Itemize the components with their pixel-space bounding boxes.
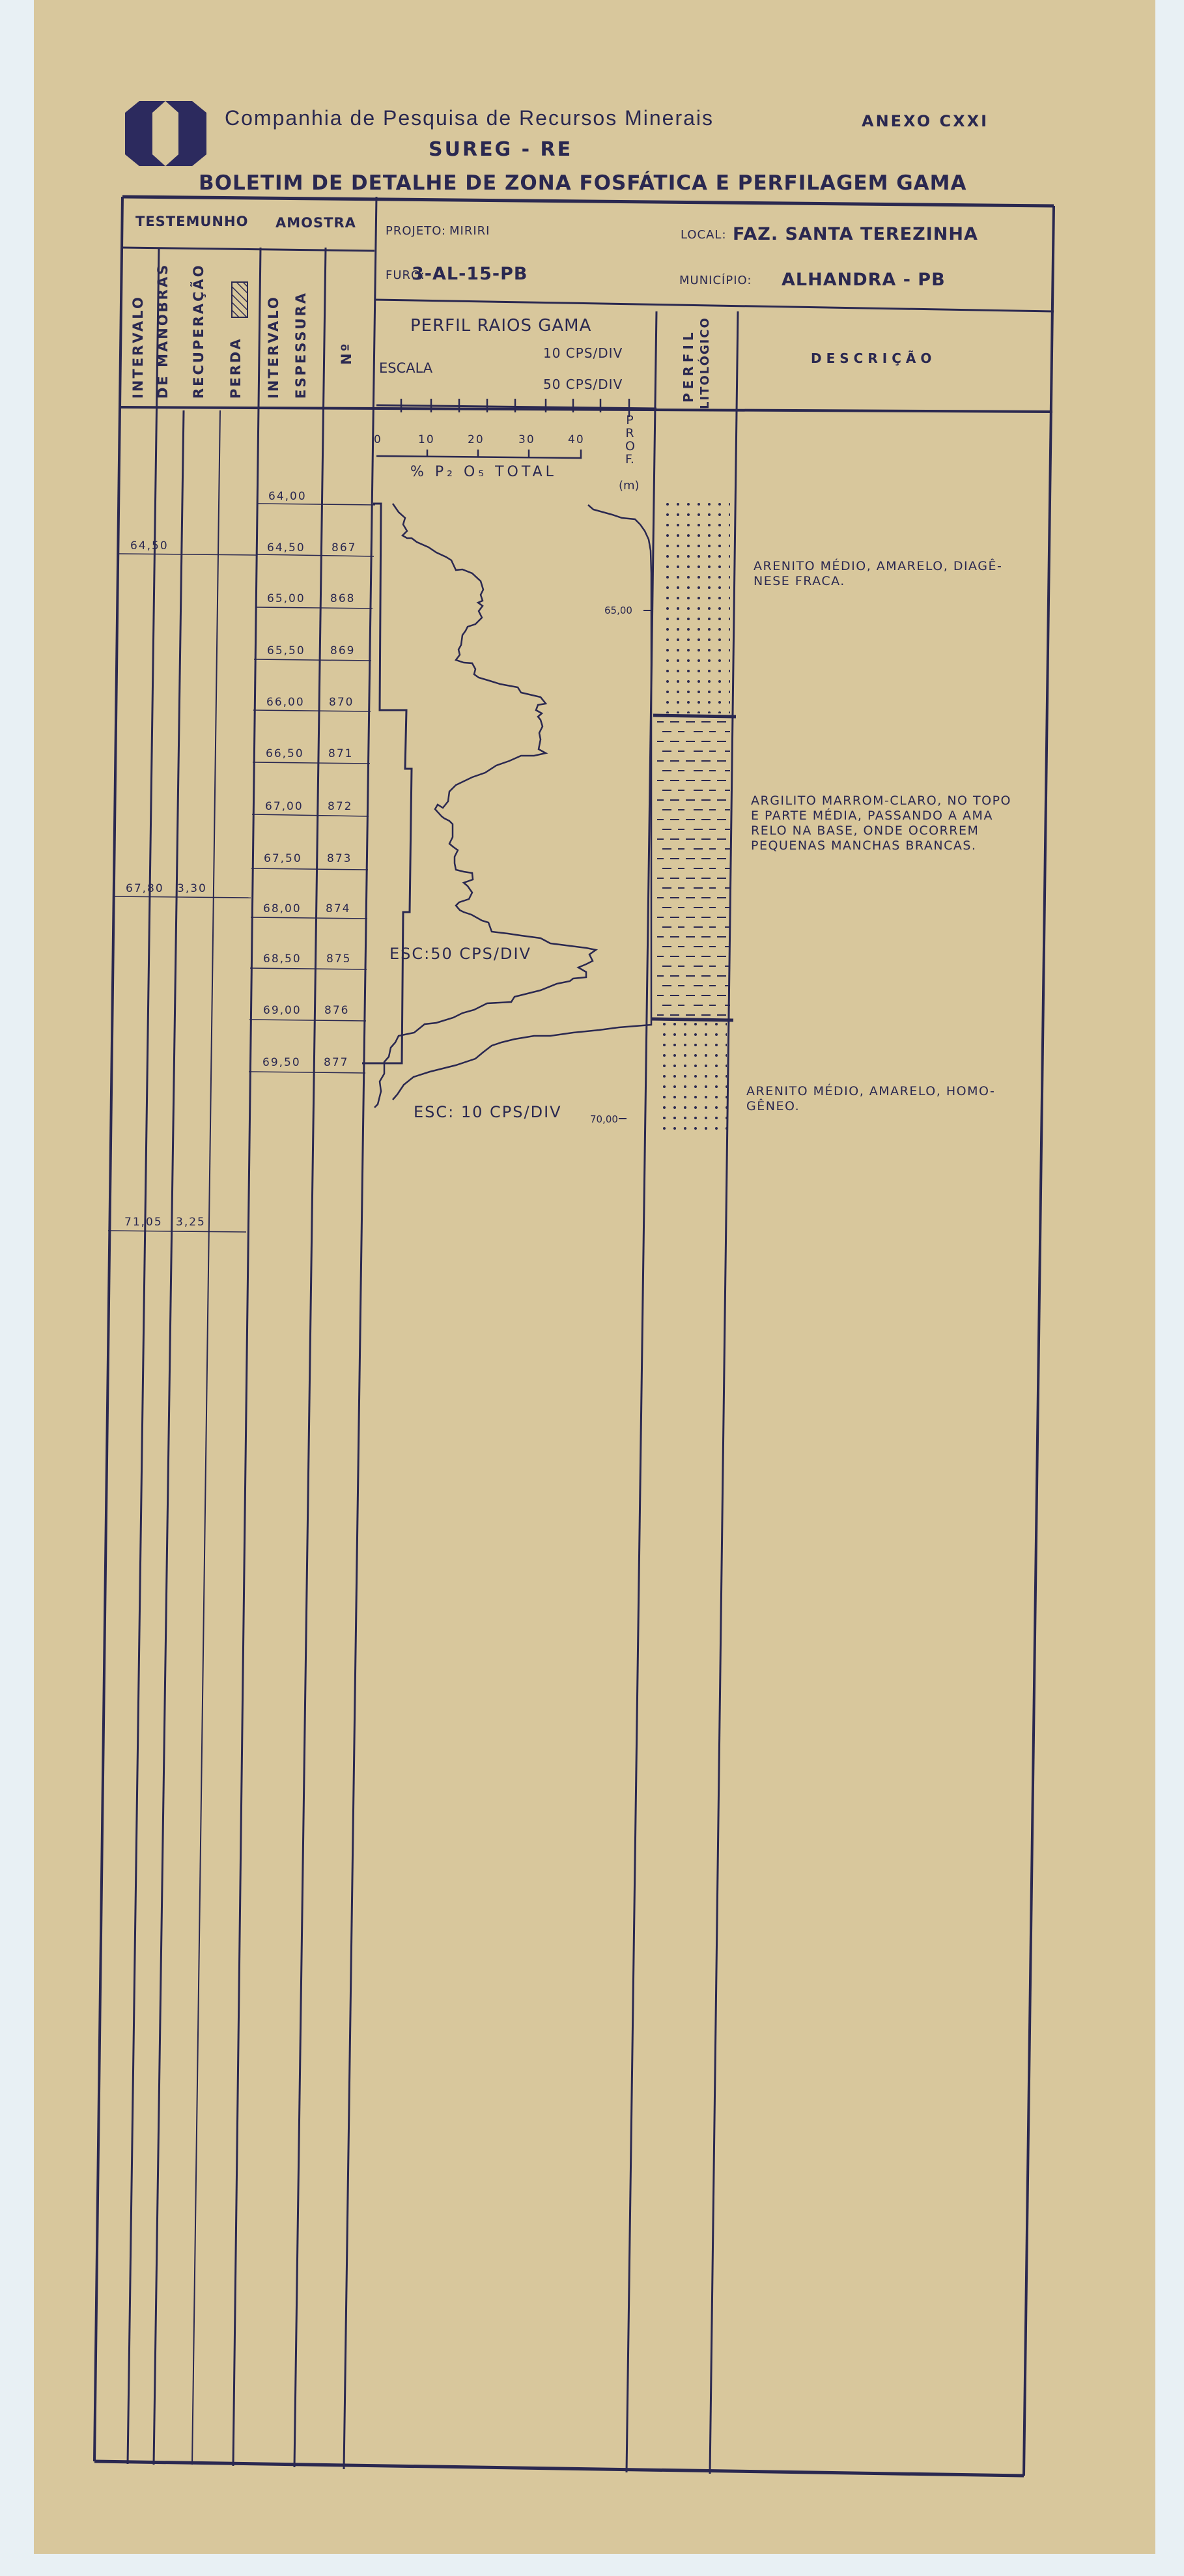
amostra-intervalo-11: 69,50 (262, 1056, 301, 1069)
prof-label: PROF. (625, 414, 634, 466)
amostra-intervalo-7: 67,50 (264, 852, 302, 865)
escala-50-label: 50 CPS/DIV (543, 377, 623, 392)
header-espessura: ESPESSURA (293, 291, 309, 399)
lithology-arenito-upper-pattern (655, 502, 735, 715)
header-intervalo-amostra: INTERVALO (266, 295, 281, 399)
header-testemunho: TESTEMUNHO (135, 214, 248, 229)
p2o5-step-curve (362, 504, 412, 1063)
testemunho-intervalo-1: 64,50 (130, 539, 169, 552)
header-intervalo-manobras-1: INTERVALO (130, 295, 146, 399)
amostra-intervalo-3: 65,50 (267, 644, 305, 657)
municipio-label: MUNICÍPIO: (679, 274, 752, 287)
amostra-numero-6: 872 (328, 800, 352, 813)
amostra-intervalo-10: 69,00 (263, 1004, 302, 1017)
annotation-esc-50: ESC:50 CPS/DIV (389, 945, 531, 963)
p2o5-tick-20: 20 (468, 433, 485, 446)
amostra-numero-10: 876 (324, 1004, 349, 1017)
amostra-numero-2: 868 (330, 592, 355, 605)
lithology-arenito-lower-pattern (651, 1022, 732, 1139)
header-recuperacao: RECUPERAÇÃO (191, 263, 206, 399)
gamma-curve-50cps (374, 504, 596, 1108)
testemunho-intervalo-3: 71,05 (124, 1216, 163, 1229)
lithology-description-2: ARGILITO MARROM-CLARO, NO TOPO E PARTE M… (751, 794, 1011, 853)
amostra-intervalo-1: 64,50 (267, 541, 305, 554)
amostra-numero-3: 869 (330, 644, 355, 657)
amostra-numero-4: 870 (329, 696, 354, 709)
escala-label: ESCALA (379, 360, 432, 376)
lithology-description-3: ARENITO MÉDIO, AMARELO, HOMO- GÊNEO. (746, 1084, 995, 1114)
prof-unit: (m) (619, 479, 640, 493)
local-label: LOCAL: (681, 228, 727, 242)
header-intervalo-manobras-2: DE MANOBRAS (155, 263, 171, 399)
local-value: FAZ. SANTA TEREZINHA (733, 224, 978, 244)
projeto-value: MIRIRI (449, 224, 490, 238)
amostra-intervalo-4: 66,00 (266, 696, 305, 709)
p2o5-tick-30: 30 (518, 433, 535, 446)
amostra-numero-1: 867 (331, 541, 356, 554)
amostra-intervalo-2: 65,00 (267, 592, 305, 605)
header-perda: PERDA (228, 337, 244, 399)
testemunho-intervalo-2: 67,80 (126, 882, 164, 895)
header-perfil: PERFIL (681, 328, 696, 403)
amostra-intervalo-9: 68,50 (263, 952, 302, 966)
depth-mark-70: 70,00 (590, 1113, 618, 1125)
p2o5-tick-10: 10 (418, 433, 435, 446)
amostra-intervalo-8: 68,00 (263, 902, 302, 915)
perfil-raios-gama-label: PERFIL RAIOS GAMA (410, 316, 591, 336)
p2o5-axis-label: % P₂ O₅ TOTAL (410, 464, 557, 480)
annotation-esc-10: ESC: 10 CPS/DIV (414, 1103, 562, 1121)
amostra-numero-7: 873 (327, 852, 352, 865)
p2o5-tick-40: 40 (568, 433, 585, 446)
header-numero: Nº (339, 342, 354, 365)
amostra-numero-11: 877 (324, 1056, 348, 1069)
p2o5-tick-0: 0 (374, 433, 382, 446)
amostra-numero-9: 875 (326, 952, 351, 966)
depth-mark-65: 65,00 (604, 605, 632, 616)
amostra-numero-5: 871 (328, 747, 353, 760)
header-litologico: LITOLÓGICO (698, 317, 712, 409)
perda-hatch-icon (231, 281, 248, 318)
header-descricao: DESCRIÇÃO (811, 351, 936, 366)
amostra-intervalo-5: 66,50 (266, 747, 304, 760)
testemunho-recuperacao-3: 3,25 (176, 1216, 206, 1229)
amostra-intervalo-0: 64,00 (268, 490, 307, 503)
lithology-argilito-pattern (653, 717, 734, 1020)
header-amostra: AMOSTRA (275, 215, 356, 231)
testemunho-recuperacao-2: 3,30 (177, 882, 207, 895)
escala-10-label: 10 CPS/DIV (543, 345, 623, 361)
furo-value: 3-AL-15-PB (412, 264, 528, 284)
amostra-intervalo-6: 67,00 (265, 800, 303, 813)
gamma-curve-10cps (393, 505, 651, 1100)
projeto-label: PROJETO: (386, 224, 446, 238)
amostra-numero-8: 874 (326, 902, 350, 915)
municipio-value: ALHANDRA - PB (782, 270, 946, 290)
lithology-description-1: ARENITO MÉDIO, AMARELO, DIAGÊ- NESE FRAC… (754, 559, 1002, 589)
